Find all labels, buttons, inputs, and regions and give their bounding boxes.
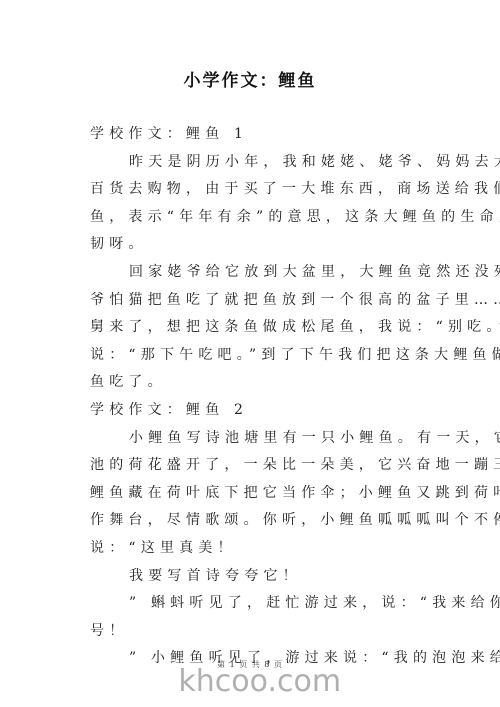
paragraph-line: ” 蝌蚪听见了，赶忙游过来，说：“我来给你当逗 xyxy=(90,590,438,618)
paragraph-line: 昨天是阴历小年，我和姥姥、姥爷、妈妈去大商千胜 xyxy=(90,149,438,177)
section-heading-2: 学校作文：鲤鱼 2 xyxy=(90,397,438,425)
paragraph-line: 说：“这里真美！ xyxy=(90,535,438,563)
paragraph-line: 我要写首诗夸夸它！ xyxy=(90,563,438,591)
paragraph-line: 号！ xyxy=(90,618,438,646)
paragraph-line: 舅来了，想把这条鱼做成松尾鱼，我说：“别吃。”我舅舅 xyxy=(90,314,438,342)
paragraph-line: 爷怕猫把鱼吃了就把鱼放到一个很高的盆子里……今日我舅 xyxy=(90,287,438,315)
paragraph-line: 鲤鱼藏在荷叶底下把它当作伞；小鲤鱼又跳到荷叶上把它当 xyxy=(90,480,438,508)
paragraph-line: 小鲤鱼写诗池塘里有一只小鲤鱼。有一天，它看见满 xyxy=(90,425,438,453)
document-title: 小学作文：鲤鱼 xyxy=(0,66,500,91)
paragraph-line: 鱼，表示“年年有余”的意思，这条大鲤鱼的生命力可真坚 xyxy=(90,204,438,232)
paragraph-line: 池的荷花盛开了，一朵比一朵美，它兴奋地一蹦三尺高。小 xyxy=(90,452,438,480)
section-heading-1: 学校作文：鲤鱼 1 xyxy=(90,121,438,149)
paragraph-line: 韧呀。 xyxy=(90,231,438,259)
paragraph-line: 作舞台，尽情歌颂。你听，小鲤鱼呱呱呱叫个不停，似乎在 xyxy=(90,507,438,535)
document-body: 学校作文：鲤鱼 1 昨天是阴历小年，我和姥姥、姥爷、妈妈去大商千胜 百货去购物，… xyxy=(90,121,438,673)
watermark: khcoo.com xyxy=(178,664,341,699)
paragraph-line: 说：“那下午吃吧。”到了下午我们把这条大鲤鱼做成松尾 xyxy=(90,342,438,370)
paragraph-line: 百货去购物，由于买了一大堆东西，商场送给我们一条大鲤 xyxy=(90,176,438,204)
paragraph-line: 回家姥爷给它放到大盆里，大鲤鱼竟然还没死，我姥 xyxy=(90,259,438,287)
paragraph-line: 鱼吃了。 xyxy=(90,369,438,397)
